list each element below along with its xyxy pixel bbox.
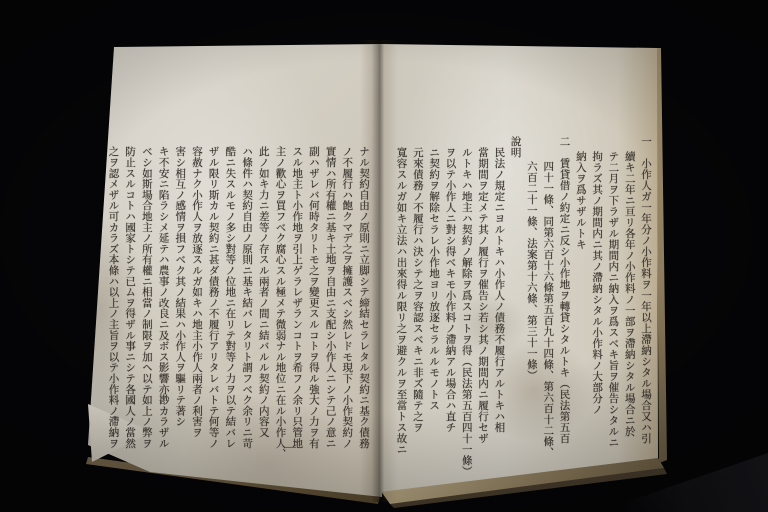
- text-column-citation: 四十一條、同第六百十六條第五百九十四條、第六百十二條、: [540, 136, 556, 472]
- text-column: テ二月ヲ下ラザル期間内ニ納入ヲ爲スベキ旨ヲ催告シタルニ: [605, 136, 621, 472]
- text-column: 實情ハ所有權ニ基キ土地ヲ自由ニ支配シ小作人ニシテ己ノ意ニ: [322, 146, 339, 462]
- text-column: ルトキハ地主ハ契約ノ解除ヲ爲スコトヲ得（民法第五百四十一條）: [458, 136, 474, 472]
- text-column: ベシ如斯場合地主ノ所有權ニ相當ノ制限ヲ加ヘ以テ如上ノ弊ヲ: [138, 146, 155, 462]
- left-page-text: ナル契約自由ノ原則ニ立脚シテ締結セラレタル契約ニ基ク債務 ノ不履行ハ飽クマデ之ヲ…: [104, 146, 372, 462]
- text-column: ザル限リ斯カル契約ニ甚ダ債務ノ不履行アリタレバトテ何等ノ: [205, 146, 222, 462]
- text-column: 副ハザレバ何時タリトモ之ヲ變更スルコトヲ得ル強大ノ力ヲ有: [305, 146, 322, 462]
- text-column: 容赦ナク小作人ヲ放逐スルガ如キハ地主小作人兩者ノ利害ヲ: [188, 146, 205, 462]
- text-column: 納入ヲ爲サザルトキ: [573, 136, 589, 472]
- text-column: 之ヲ認メザル可カラズ本條ハ以上ノ主旨ヲ以テ小作料ノ滯納ヲ: [105, 146, 122, 462]
- text-column: スル地主ト小作地ヲ引上ゲラレザランコトヲ希フノ余リ只管地: [288, 146, 305, 462]
- text-column: 民法ノ規定ニヨルトキハ小作人ノ債務不履行アルトキハ相: [491, 136, 507, 472]
- text-column: キ不安ニ陷ラシメ延テハ農事ノ改良ニ及ボス影響亦尠カラザル: [155, 146, 172, 462]
- text-column: ハ條件ハ契約自由ノ原則ニ基キ結バレタリト謂フベク余リニ苛: [238, 146, 255, 462]
- right-page-text: 一 小作人ガ一年分ノ小作料ヲ一年以上滯納シタル場合又ハ引 續キ二年ニ亘リ各年ノ小…: [392, 136, 654, 472]
- book-photo: 一 小作人ガ一年分ノ小作料ヲ一年以上滯納シタル場合又ハ引 續キ二年ニ亘リ各年ノ小…: [0, 0, 768, 512]
- page-bottom-mark: ―: [286, 442, 296, 453]
- text-column: 此ノ如キ力ニ差等ノ存スル兩者ノ間ニ結バルル契約ノ内容又: [255, 146, 272, 462]
- text-column: 拘ラズ其ノ期間内ニ其ノ滯納シタル小作料ノ大部分ノ: [589, 136, 605, 472]
- text-column: ニ契約ヲ解除セラレ小作地ヨリ放逐セラルルモノトス: [426, 136, 442, 472]
- text-column: 當期間ヲ定メテ其ノ履行ヲ催告シ若シ其ノ期間内ニ履行セザ: [475, 136, 491, 472]
- text-column: 主ノ歡心ヲ買フベク腐心スル極メテ微弱ナル地位ニ在ル小作人、: [272, 146, 289, 462]
- text-column: 酷ニ失スルモノ多シ對等ノ位地ニ在リテ對等ノ力ヲ以テ結バレ: [222, 146, 239, 462]
- text-column: 二 賃貸借ノ約定ニ反シ小作地ヲ轉貸シタルトキ（民法第五百: [556, 136, 572, 472]
- text-column: 防止スルコトハ國家トシテ已ムヲ得ザル事ニシテ各國人ノ當然: [121, 146, 138, 462]
- section-header-setsumei: 說明: [507, 136, 523, 472]
- text-column-citation: 六百二十一條、法案第十六條、第三十一條）: [524, 136, 540, 472]
- text-column: 元來債務ノ不履行ハ決シテ之ヲ容認スベキニ非ズ隨テ之ヲ: [410, 136, 426, 472]
- text-column: ヲ以テ小作人ニ對シ得ベキモ小作料ノ滯納アル場合ハ直チ: [442, 136, 458, 472]
- text-column: 寬容スルガ如キ立法ハ出來得ル限リ之ヲ避クルヲ至當トス故ニ: [393, 136, 409, 472]
- text-column: ナル契約自由ノ原則ニ立脚シテ締結セラレタル契約ニ基ク債務: [355, 146, 372, 462]
- text-column: 害シ相互ノ感情ヲ損フベク其ノ結果ハ小作人ヲ驅リテ著シ: [172, 146, 189, 462]
- text-column: ノ不履行ハ飽クマデ之ヲ擁護スベシ然レドモ現下ノ小作契約ノ: [339, 146, 356, 462]
- text-column: 一 小作人ガ一年分ノ小作料ヲ一年以上滯納シタル場合又ハ引: [638, 136, 654, 472]
- text-column: 續キ二年ニ亘リ各年ノ小作料ノ一部ヲ滯納シタル場合ニ於: [621, 136, 637, 472]
